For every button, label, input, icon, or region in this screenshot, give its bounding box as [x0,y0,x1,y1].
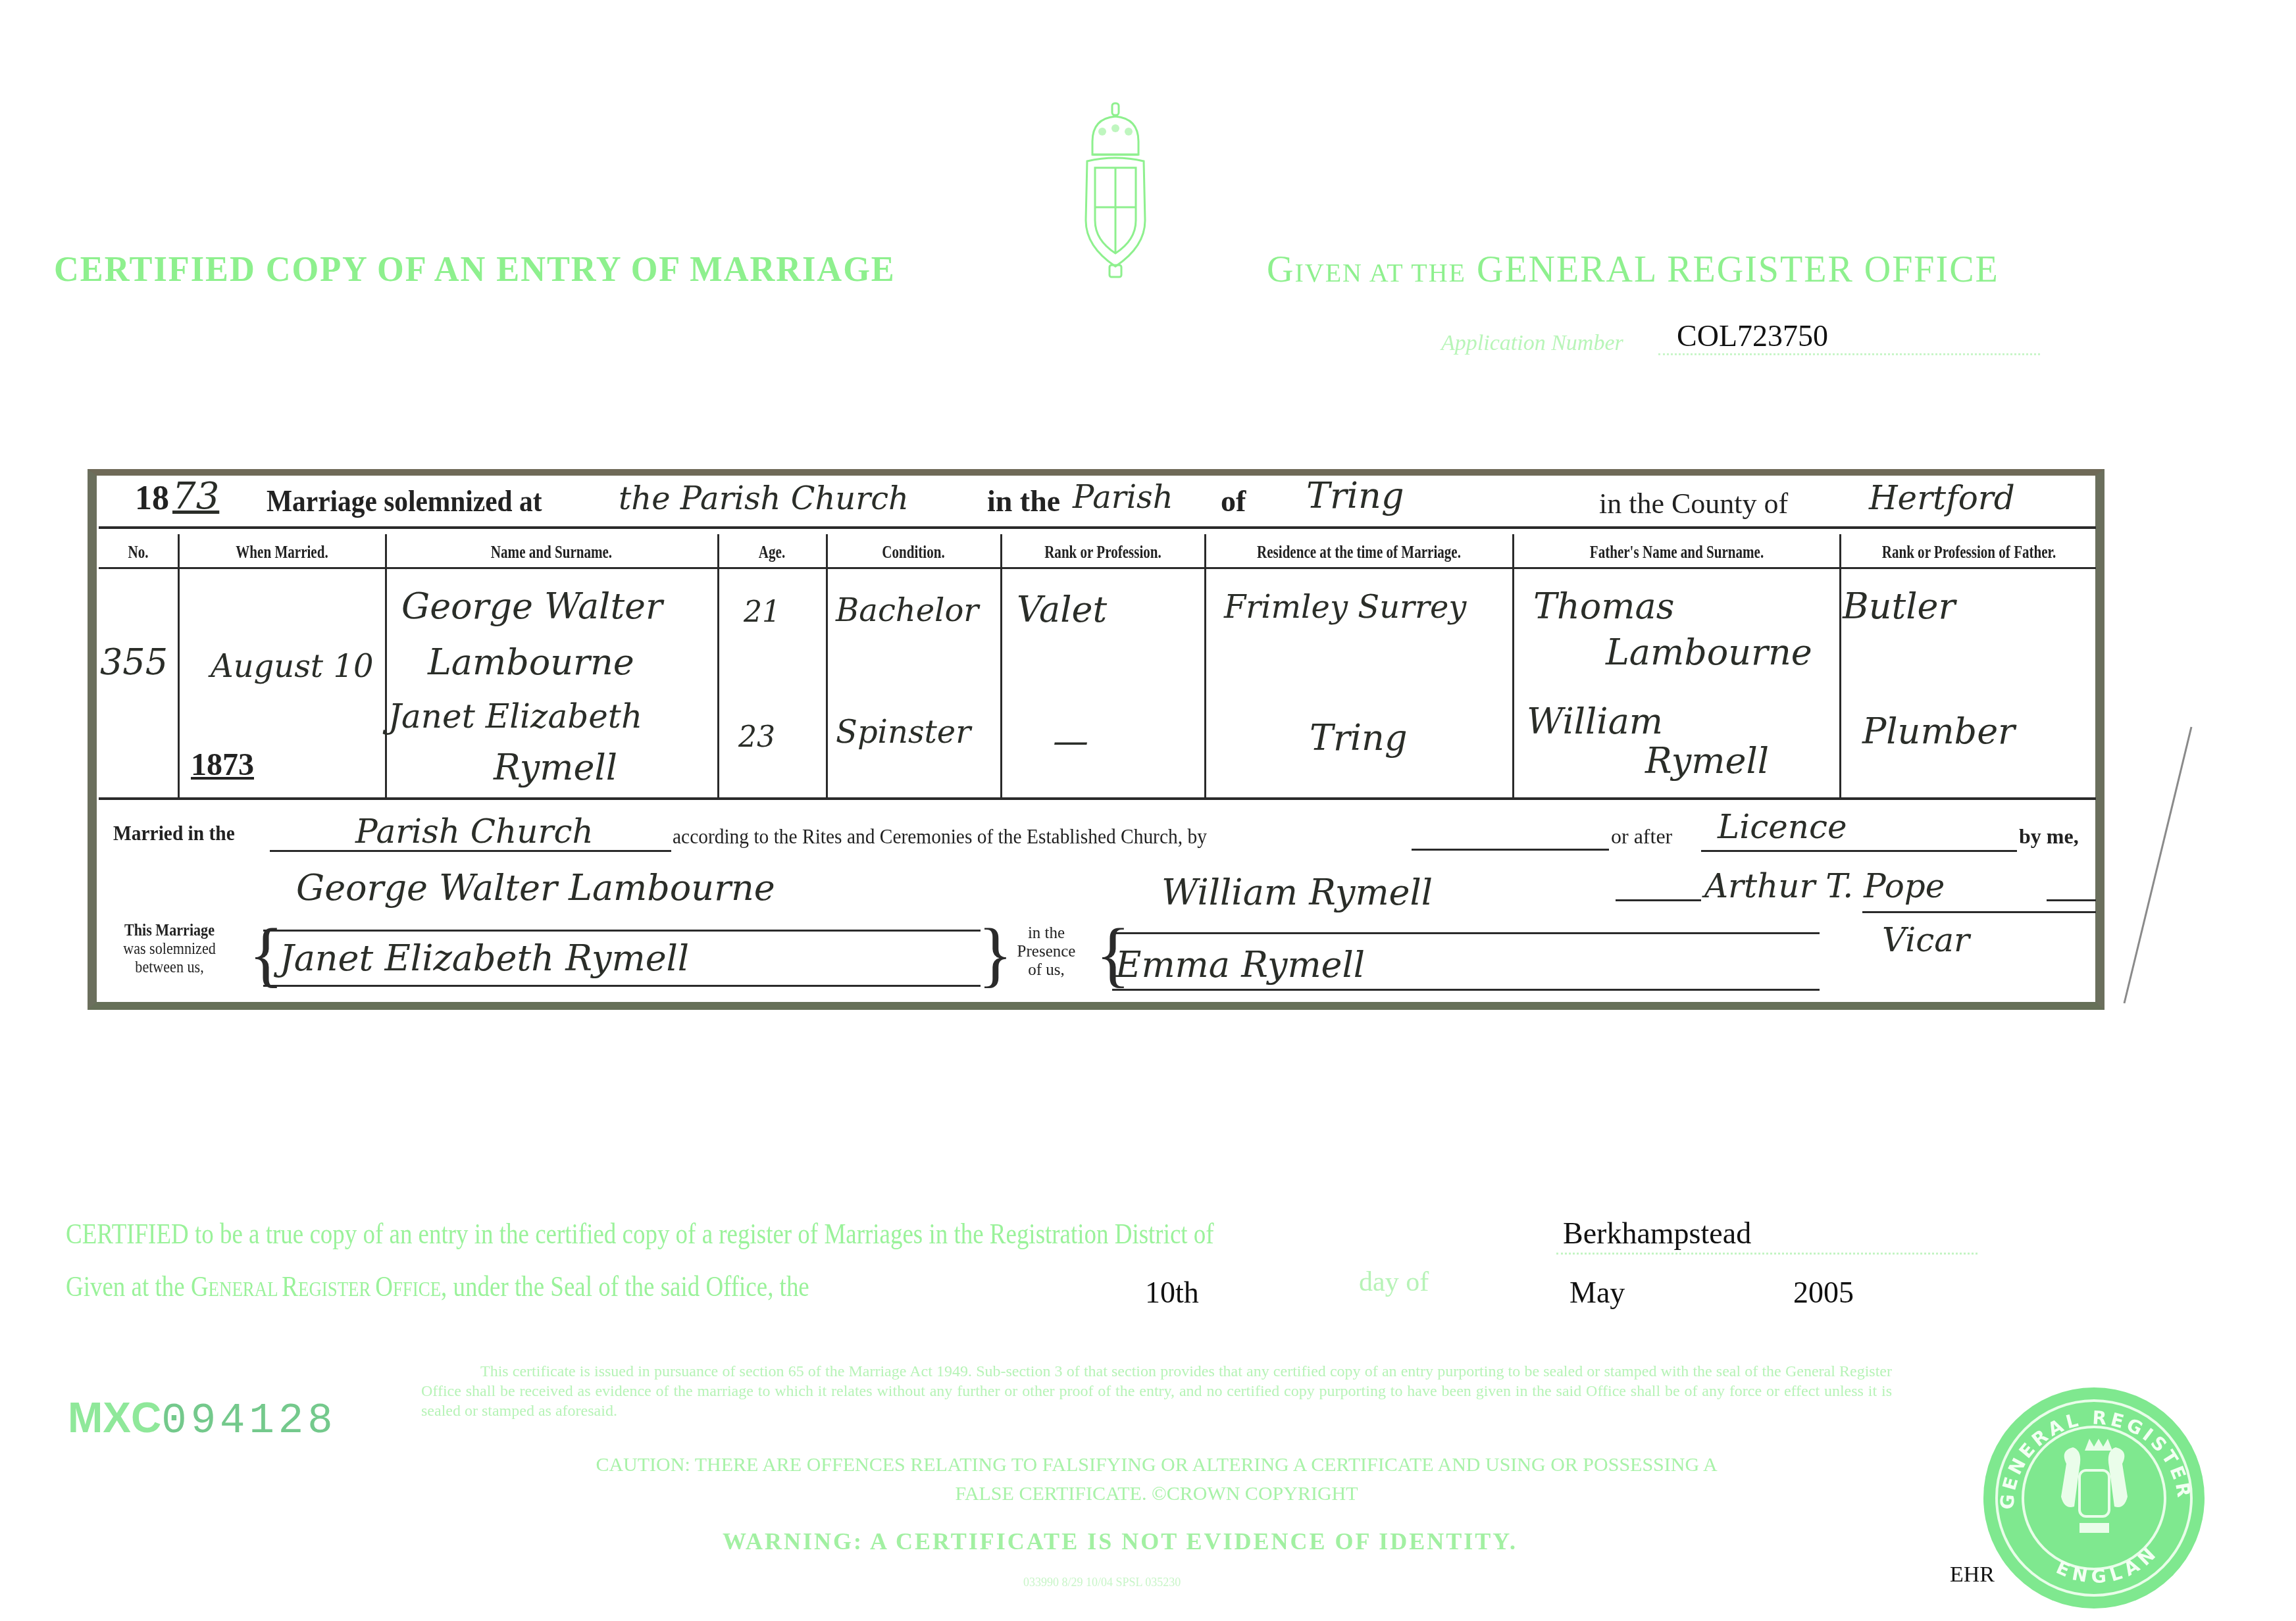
solemnized-between-label: This Marriage was solemnized between us, [109,921,230,976]
county-name: Hertford [1869,479,2015,517]
presence-label: in the Presence of us, [1017,924,1076,980]
right-brace-bride-groom: } [978,921,1013,987]
col-divider [1000,534,1002,797]
issue-year: 2005 [1793,1275,1854,1310]
groom-father-first: Thomas [1533,586,1674,627]
col-rank-profession: Rank or Profession. [1024,542,1182,562]
issue-month: May [1569,1275,1625,1310]
col-when-married: When Married. [201,542,362,562]
rites-label: according to the Rites and Ceremonies of… [673,824,1207,849]
royal-crest-icon [1079,102,1152,280]
issue-day: 10th [1145,1275,1199,1310]
application-number-label: Application Number [1441,331,1623,356]
header-rule [99,526,2096,529]
solemnized-place: the Parish Church [619,480,909,517]
bride-signature-rule [263,985,981,987]
witness-rule-short [1616,899,1701,901]
entry-number: 355 [100,641,168,683]
place-type: Parish [1073,479,1173,516]
groom-father-last: Lambourne [1606,632,1812,673]
col-residence: Residence at the time of Marriage. [1239,542,1478,562]
bride-residence: Tring [1310,717,1407,759]
witness-2-signature: Emma Rymell [1115,944,1365,985]
officiant-signature: Arthur T. Pope [1704,867,1945,905]
solemnized-label: Marriage solemnized at [267,484,542,518]
bride-condition: Spinster [836,714,971,751]
bride-name-first: Janet Elizabeth [388,697,642,736]
groom-rank: Valet [1017,589,1107,630]
col-divider [1839,534,1841,797]
col-divider [826,534,828,797]
gro-seal-icon: GENERAL REGISTER OFFICE ENGLAND [1981,1385,2208,1612]
officiant-title-rule [1862,911,2096,913]
by-me-label: by me, [2019,824,2079,849]
certificate-serial: MXC094128 [68,1393,337,1445]
bride-age: 23 [738,720,775,754]
officiant-rule [2047,899,2096,901]
witness-2-rule [1112,989,1820,991]
witness-1-signature: William Rymell [1161,872,1433,913]
district-rule [1556,1253,1977,1255]
certificate-title: CERTIFIED COPY OF AN ENTRY OF MARRIAGE [54,249,896,289]
col-divider [385,534,387,797]
bride-rank: — [1053,720,1088,762]
col-name-surname: Name and Surname. [423,542,680,562]
col-condition: Condition. [846,542,981,562]
paper-edge-line [2119,724,2198,1007]
application-number: COL723750 [1677,318,1828,353]
bride-father-first: William [1527,701,1663,742]
certified-statement: CERTIFIED to be a true copy of an entry … [66,1217,1214,1251]
bride-father-last: Rymell [1645,740,1769,782]
entry-date: August 10 [211,648,373,685]
day-of-label: day of [1359,1266,1429,1298]
clerk-initials: EHR [1950,1562,1995,1587]
by-licence: Licence [1718,808,1847,846]
witness-1-rule [1112,932,1820,934]
groom-age: 21 [744,595,780,629]
given-at-statement: Given at the GENERAL REGISTER OFFICE, un… [66,1270,809,1303]
col-divider [1204,534,1206,797]
column-head-rule [99,567,2096,569]
groom-residence: Frimley Surrey [1224,589,1466,626]
year-printed: 18 [135,479,169,518]
registration-district: Berkhampstead [1563,1216,1751,1251]
married-in-value: Parish Church [355,812,594,851]
married-in-rule [270,850,671,852]
in-the-label: in the [987,484,1060,518]
col-father-name: Father's Name and Surname. [1550,542,1803,562]
groom-signature: George Walter Lambourne [296,867,775,909]
col-divider [178,534,180,797]
or-after-label: or after [1611,824,1672,849]
bride-signature: Janet Elizabeth Rymell [280,937,689,979]
of-label: of [1221,484,1246,518]
caution-notice: CAUTION: THERE ARE OFFENCES RELATING TO … [421,1451,1892,1509]
groom-signature-rule [263,930,981,932]
groom-name-first: George Walter [401,586,663,627]
application-number-rule [1658,353,2040,355]
left-brace-bride-groom: { [249,921,284,987]
groom-condition: Bachelor [836,592,979,629]
groom-father-rank: Butler [1843,586,1955,627]
col-age: Age. [730,542,813,562]
county-label: in the County of [1599,487,1788,520]
col-divider [1512,534,1514,797]
officiant-title: Vicar [1882,921,1970,959]
entry-bottom-rule [99,797,2096,800]
col-no: No. [107,542,169,562]
bride-father-rank: Plumber [1862,711,2015,752]
form-code: 033990 8/29 10/04 SPSL 035230 [1023,1576,1181,1589]
groom-name-last: Lambourne [428,641,634,683]
bride-name-last: Rymell [494,747,617,788]
issuing-office-heading: GIVEN AT THE GENERAL REGISTER OFFICE [1267,249,1999,291]
married-in-label: Married in the [113,821,235,845]
entry-year: 1873 [191,747,254,783]
parish-name: Tring [1306,475,1404,516]
by-rule [1412,849,1609,851]
col-father-rank: Rank or Profession of Father. [1869,542,2069,562]
col-divider [717,534,719,797]
licence-rule [1701,850,2017,852]
identity-warning: WARNING: A CERTIFICATE IS NOT EVIDENCE O… [723,1528,1518,1555]
legal-fine-print: This certificate is issued in pursuance … [421,1362,1892,1421]
year-written: 73 [172,475,219,518]
